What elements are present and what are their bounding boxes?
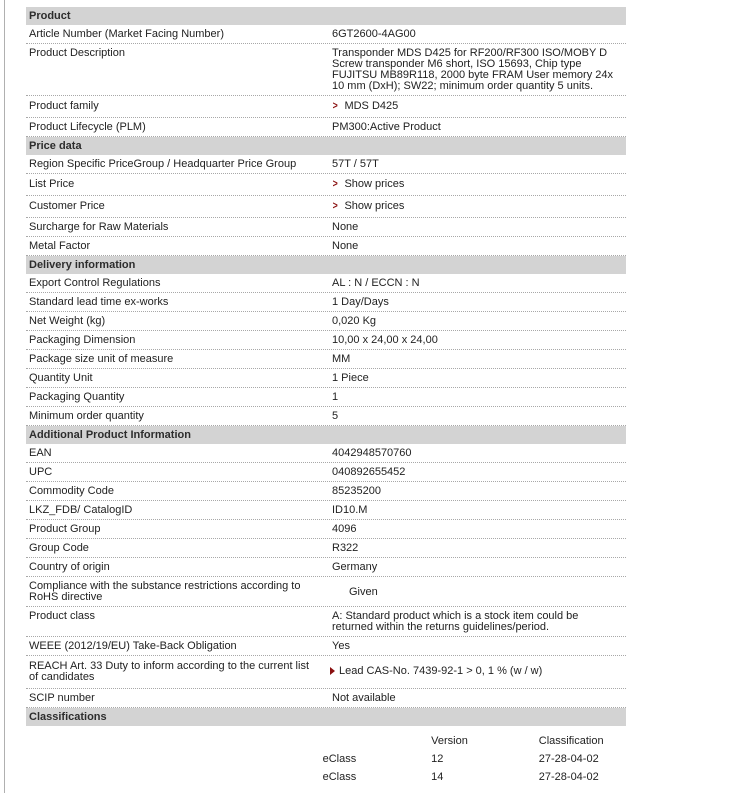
- row-value: Germany: [332, 558, 626, 576]
- left-border: [4, 0, 5, 793]
- row-label: SCIP number: [26, 689, 332, 707]
- row-value: 85235200: [332, 482, 626, 500]
- table-row: Article Number (Market Facing Number) 6G…: [26, 25, 626, 44]
- reach-lead-cas-link[interactable]: Lead CAS-No. 7439-92-1 > 0, 1 % (w / w): [318, 666, 542, 677]
- row-value: ID10.M: [332, 501, 626, 519]
- row-value: Yes: [332, 637, 626, 655]
- table-row: WEEE (2012/19/EU) Take-Back Obligation Y…: [26, 637, 626, 656]
- table-row: Export Control Regulations AL : N / ECCN…: [26, 274, 626, 293]
- row-label: EAN: [26, 444, 332, 462]
- row-label: WEEE (2012/19/EU) Take-Back Obligation: [26, 637, 332, 655]
- section-header-additional-product-information: Additional Product Information: [26, 426, 626, 444]
- row-label: Product family: [26, 96, 332, 117]
- row-label: Quantity Unit: [26, 369, 332, 387]
- section-header-price-data: Price data: [26, 137, 626, 155]
- row-label: Package size unit of measure: [26, 350, 332, 368]
- row-value: R322: [332, 539, 626, 557]
- triangle-right-icon: [330, 667, 335, 675]
- row-value: 0,020 Kg: [332, 312, 626, 330]
- cell-classification: 27-28-04-02: [539, 750, 626, 768]
- section-header-classifications: Classifications: [26, 708, 626, 726]
- row-label: Standard lead time ex-works: [26, 293, 332, 311]
- col-header: [26, 732, 323, 750]
- table-row: Product Lifecycle (PLM) PM300:Active Pro…: [26, 118, 626, 137]
- table-row: Product Group 4096: [26, 520, 626, 539]
- cell-version: 12: [431, 750, 539, 768]
- col-header-version: Version: [431, 732, 539, 750]
- table-row: Product Description Transponder MDS D425…: [26, 44, 626, 96]
- chevron-right-icon: >: [333, 201, 338, 212]
- table-row: LKZ_FDB/ CatalogID ID10.M: [26, 501, 626, 520]
- row-value: 5: [332, 407, 626, 425]
- table-row: Packaging Dimension 10,00 x 24,00 x 24,0…: [26, 331, 626, 350]
- cell-version: 14: [431, 768, 539, 786]
- table-row: Customer Price > Show prices: [26, 196, 626, 218]
- row-label: Compliance with the substance restrictio…: [26, 577, 330, 606]
- link-label: Show prices: [344, 201, 404, 212]
- table-row: Metal Factor None: [26, 237, 626, 256]
- row-value: Not available: [332, 689, 626, 707]
- table-row: REACH Art. 33 Duty to inform according t…: [26, 656, 626, 689]
- table-row: Minimum order quantity 5: [26, 407, 626, 426]
- col-header-classification: Classification: [539, 732, 626, 750]
- cell-system: eClass: [323, 750, 432, 768]
- table-row: Product class A: Standard product which …: [26, 607, 626, 637]
- table-row: List Price > Show prices: [26, 174, 626, 196]
- row-label: Minimum order quantity: [26, 407, 332, 425]
- table-row: EAN 4042948570760: [26, 444, 626, 463]
- row-value: None: [332, 237, 626, 255]
- table-row: Quantity Unit 1 Piece: [26, 369, 626, 388]
- row-label: UPC: [26, 463, 332, 481]
- cell: [26, 750, 323, 768]
- row-label: Commodity Code: [26, 482, 332, 500]
- col-header: [323, 732, 432, 750]
- cell: [26, 768, 323, 786]
- row-value: None: [332, 218, 626, 236]
- row-label: REACH Art. 33 Duty to inform according t…: [26, 656, 330, 688]
- row-label: Surcharge for Raw Materials: [26, 218, 332, 236]
- row-value: 6GT2600-4AG00: [332, 25, 626, 43]
- chevron-right-icon: >: [333, 179, 338, 190]
- classification-row: eClass 14 27-28-04-02: [26, 768, 626, 786]
- row-label: Export Control Regulations: [26, 274, 332, 292]
- row-value: 040892655452: [332, 463, 626, 481]
- row-label: Net Weight (kg): [26, 312, 332, 330]
- table-row: Package size unit of measure MM: [26, 350, 626, 369]
- table-row: UPC 040892655452: [26, 463, 626, 482]
- row-value: 1 Day/Days: [332, 293, 626, 311]
- table-row: Net Weight (kg) 0,020 Kg: [26, 312, 626, 331]
- table-row: Group Code R322: [26, 539, 626, 558]
- cell-classification: 27-28-04-02: [539, 768, 626, 786]
- row-label: Region Specific PriceGroup / Headquarter…: [26, 155, 332, 173]
- row-label: Metal Factor: [26, 237, 332, 255]
- row-label: Product Description: [26, 44, 332, 62]
- row-value: 10,00 x 24,00 x 24,00: [332, 331, 626, 349]
- row-label: Customer Price: [26, 196, 332, 217]
- classifications-table: Version Classification eClass 12 27-28-0…: [26, 732, 626, 786]
- row-label: Product Lifecycle (PLM): [26, 118, 332, 136]
- row-label: List Price: [26, 174, 332, 195]
- row-value: AL : N / ECCN : N: [332, 274, 626, 292]
- link-label: Lead CAS-No. 7439-92-1 > 0, 1 % (w / w): [339, 666, 542, 677]
- row-value: 4042948570760: [332, 444, 626, 462]
- row-label: Country of origin: [26, 558, 332, 576]
- row-value: PM300:Active Product: [332, 118, 626, 136]
- row-value: A: Standard product which is a stock ite…: [332, 607, 626, 636]
- row-value: 1 Piece: [332, 369, 626, 387]
- table-row: SCIP number Not available: [26, 689, 626, 708]
- row-value: 4096: [332, 520, 626, 538]
- row-value: 57T / 57T: [332, 155, 626, 173]
- cell-system: eClass: [323, 768, 432, 786]
- section-header-product: Product: [26, 7, 626, 25]
- table-row: Commodity Code 85235200: [26, 482, 626, 501]
- table-row: Packaging Quantity 1: [26, 388, 626, 407]
- row-label: Product class: [26, 607, 332, 625]
- table-row: Region Specific PriceGroup / Headquarter…: [26, 155, 626, 174]
- table-row: Surcharge for Raw Materials None: [26, 218, 626, 237]
- row-value: 1: [332, 388, 626, 406]
- row-value: MM: [332, 350, 626, 368]
- table-row: Product family > MDS D425: [26, 96, 626, 118]
- row-label: Packaging Dimension: [26, 331, 332, 349]
- table-row: Standard lead time ex-works 1 Day/Days: [26, 293, 626, 312]
- row-label: Packaging Quantity: [26, 388, 332, 406]
- table-row: Country of origin Germany: [26, 558, 626, 577]
- product-family-link[interactable]: > MDS D425: [332, 101, 398, 112]
- list-price-show-prices-link[interactable]: > Show prices: [332, 179, 404, 190]
- classification-row: eClass 12 27-28-04-02: [26, 750, 626, 768]
- row-label: LKZ_FDB/ CatalogID: [26, 501, 332, 519]
- row-label: Article Number (Market Facing Number): [26, 25, 332, 43]
- customer-price-show-prices-link[interactable]: > Show prices: [332, 201, 404, 212]
- table-row: Compliance with the substance restrictio…: [26, 577, 626, 607]
- link-label: MDS D425: [344, 101, 398, 112]
- row-label: Product Group: [26, 520, 332, 538]
- row-value: Transponder MDS D425 for RF200/RF300 ISO…: [332, 44, 626, 95]
- row-label: Group Code: [26, 539, 332, 557]
- link-label: Show prices: [344, 179, 404, 190]
- classifications-header-row: Version Classification: [26, 732, 626, 750]
- row-value: Given: [330, 583, 626, 601]
- section-header-delivery-information: Delivery information: [26, 256, 626, 274]
- product-data-table: Product Article Number (Market Facing Nu…: [26, 7, 626, 786]
- chevron-right-icon: >: [333, 101, 338, 112]
